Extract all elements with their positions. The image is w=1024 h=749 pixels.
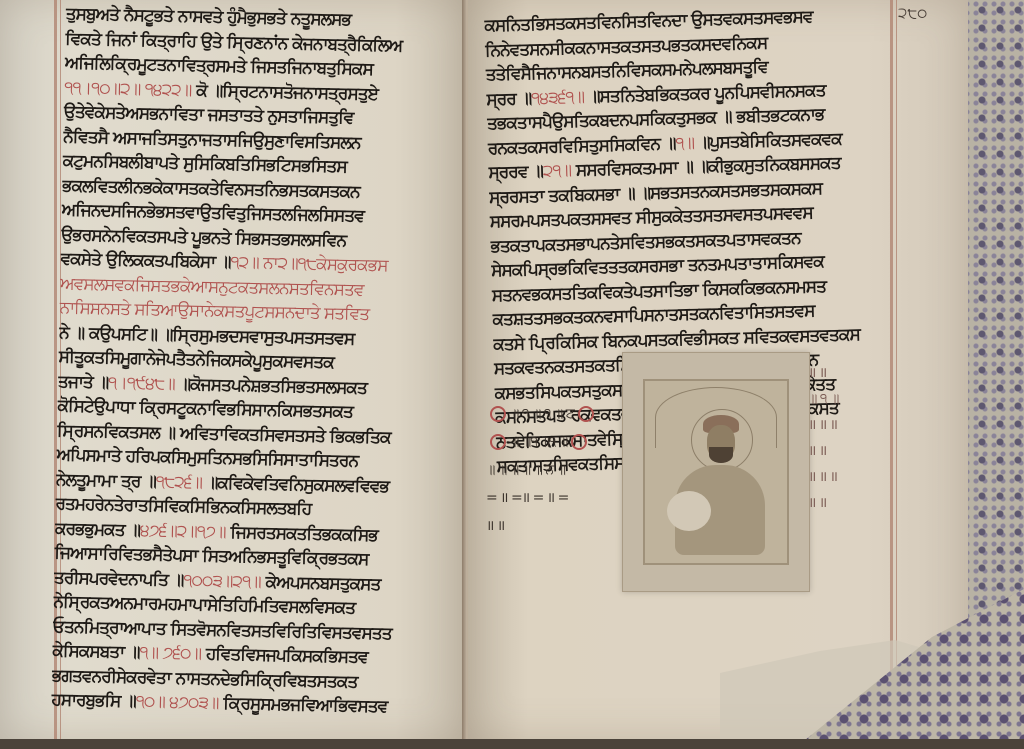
rosette-icon [571,434,587,450]
side-note-line: ॥ ॥ ॥ [808,464,898,490]
table-edge [0,739,1024,749]
rosette-icon [490,406,506,422]
portrait-illustration [622,352,810,592]
left-page-text: ਤੁਸਬੁਅਤੇ ਨੈਸਟੂਭਤੇ ਨਾਸਵਤੇ ਹੁੰਮੈਭੁਸਭਤੇ ਨਤੂ… [51,2,458,721]
rosette-icon [578,406,594,422]
side-note-line: ॥ ॥ [808,360,898,386]
rosette-icon [490,434,506,450]
side-note-line: ॥ ॥ ॥ [808,412,898,438]
portrait-frame [643,379,789,565]
side-note-line: ॥ ੧ ॥ [808,386,898,412]
figure-arm [667,491,711,531]
figure-beard [709,447,733,463]
page-number: ੨੮੦ [898,4,927,22]
manuscript-photo: ੨੮੦ ਤੁਸਬੁਅਤੇ ਨੈਸਟੂਭਤੇ ਨਾਸਵਤੇ ਹੁੰਮੈਭੁਸਭਤੇ… [0,0,1024,749]
right-page-notes: ॥ ੧ ॥ ੧ ॥ ਟ॥ ॥੧ ॥੧ ॥॥ ॥ ॥ ॥ ॥ ਨ ॥= ॥ =॥ … [486,400,616,540]
note-line: ॥ ॥੧ ॥੧ ॥ [486,428,616,456]
note-line: = ॥ =॥ = ॥ = [486,484,616,512]
note-line: ॥ ॥ ॥ ॥ ॥ ਨ ॥ [486,456,616,484]
note-line: ॥ ੧ ॥ ੧ ॥ ਟ [486,400,616,428]
right-page-side-notes: ॥ ॥॥ ੧ ॥॥ ॥ ॥॥ ॥॥ ॥ ॥॥ ॥ [808,360,898,516]
side-note-line: ॥ ॥ [808,490,898,516]
side-note-line: ॥ ॥ [808,438,898,464]
note-line: ॥ ॥ [486,512,616,540]
